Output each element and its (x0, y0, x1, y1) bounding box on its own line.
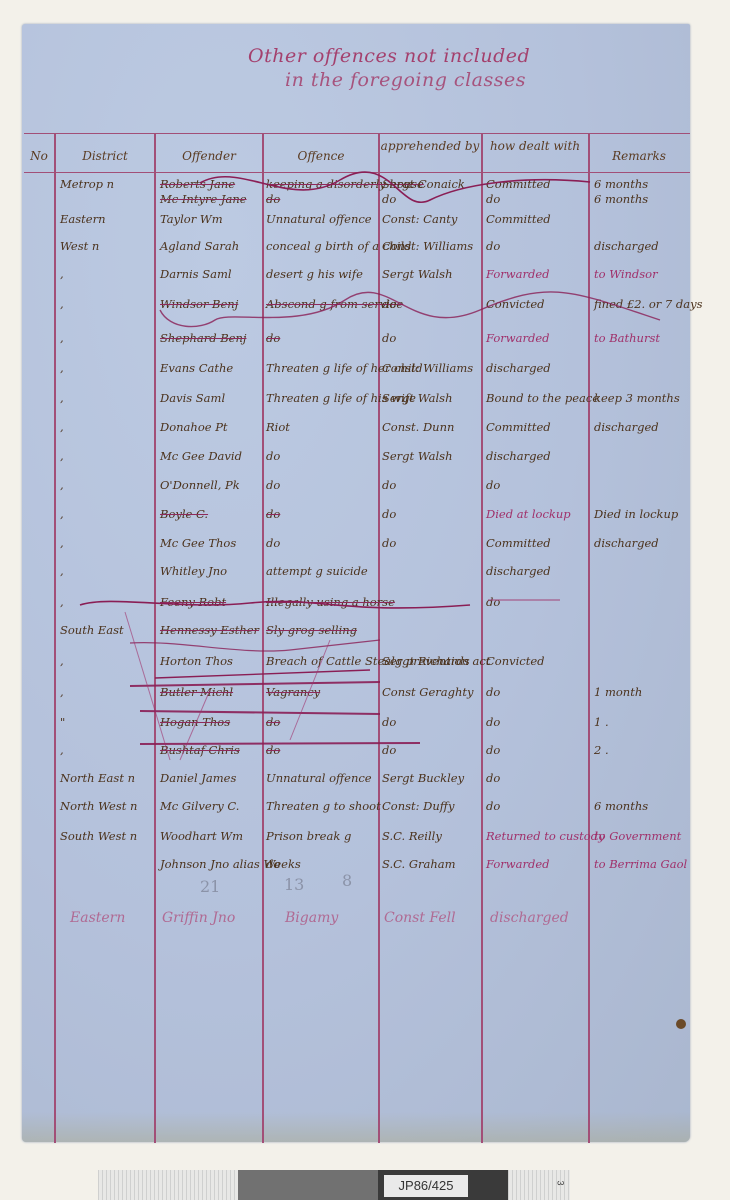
page-title: Other offences not included in the foreg… (240, 44, 640, 92)
cell-dealt-with: Committed (486, 537, 551, 550)
cell-remarks: to Windsor (594, 268, 658, 281)
cell-apprehended-by: Sergt Walsh (382, 268, 452, 281)
cell-apprehended-by: do (382, 193, 396, 206)
cell-dealt-with: Committed (486, 178, 551, 191)
cell-district: , (60, 421, 64, 434)
cell-remarks: keep 3 months (594, 392, 680, 405)
cell-offence: do (266, 508, 280, 521)
cell-district: , (60, 537, 64, 550)
scale-mark: 3 (556, 1180, 566, 1185)
cell-apprehended-by: do (382, 744, 396, 757)
pencil-total: 8 (342, 874, 352, 887)
header-apprehended-by: apprehended by (380, 140, 480, 152)
cell-offence: do (266, 744, 280, 757)
cell-remarks: 1 . (594, 716, 609, 729)
cell-dealt-with: Convicted (486, 298, 545, 311)
cell-offender: Mc Gee Thos (160, 537, 236, 550)
cell-offender: Woodhart Wm (160, 830, 243, 843)
cell-offender: Darnis Saml (160, 268, 232, 281)
cell-offender: Daniel James (160, 772, 236, 785)
cell-district: , (60, 450, 64, 463)
cell-district: Eastern (60, 213, 105, 226)
rule-header-bottom (24, 172, 690, 173)
column-divider (154, 133, 156, 1143)
cell-district: , (60, 332, 64, 345)
cell-offence: do (266, 537, 280, 550)
cell-apprehended-by: do (382, 537, 396, 550)
cell-district: , (60, 268, 64, 281)
cell-district: , (60, 596, 64, 609)
cell-offence: Unnatural offence (266, 213, 372, 226)
cell-offence: do (266, 450, 280, 463)
cell-offender: Agland Sarah (160, 240, 239, 253)
column-divider (588, 133, 590, 1143)
cell-district: North East n (60, 772, 135, 785)
cell-apprehended-by: do (382, 332, 396, 345)
cell-dealt-with: Died at lockup (486, 508, 571, 521)
faded-district: Eastern (70, 912, 125, 925)
cell-dealt-with: Committed (486, 213, 551, 226)
cell-offender: Taylor Wm (160, 213, 223, 226)
cell-offender: Evans Cathe (160, 362, 233, 375)
cell-remarks: 6 months (594, 193, 648, 206)
cell-remarks: discharged (594, 240, 659, 253)
cell-dealt-with: do (486, 596, 500, 609)
cell-district: , (60, 744, 64, 757)
cell-apprehended-by: Const: Duffy (382, 800, 454, 813)
cell-apprehended-by: Sergt Walsh (382, 392, 452, 405)
faded-offender: Griffin Jno (162, 912, 235, 925)
cell-offence: Prison break g (266, 830, 351, 843)
cell-dealt-with: do (486, 772, 500, 785)
cell-offender: Boyle C. (160, 508, 208, 521)
cell-remarks: to Berrima Gaol (594, 858, 687, 871)
title-line-2: in the foregoing classes (240, 68, 640, 92)
pencil-total: 13 (284, 878, 304, 891)
archive-scale-bar: JP86/425 3 (98, 1170, 570, 1200)
manuscript-page (22, 24, 690, 1142)
cell-dealt-with: do (486, 716, 500, 729)
cell-apprehended-by: do (382, 479, 396, 492)
cell-offender: Butler Michl (160, 686, 233, 699)
cell-dealt-with: do (486, 744, 500, 757)
cell-apprehended-by: Sergt Richards (382, 655, 470, 668)
cell-dealt-with: do (486, 193, 500, 206)
header-how-dealt-with: how dealt with (483, 140, 587, 152)
cell-offence: do (266, 479, 280, 492)
cell-district: South East (60, 624, 124, 637)
cell-offender: Shephard Benj (160, 332, 246, 345)
cell-remarks: discharged (594, 421, 659, 434)
cell-offender: O'Donnell, Pk (160, 479, 240, 492)
cell-apprehended-by: Sergt Walsh (382, 450, 452, 463)
cell-dealt-with: Bound to the peace (486, 392, 599, 405)
cell-dealt-with: Forwarded (486, 268, 550, 281)
cell-offence: Unnatural offence (266, 772, 372, 785)
cell-district: North West n (60, 800, 137, 813)
scale-grey-block (238, 1170, 378, 1200)
cell-apprehended-by: Const: Canty (382, 213, 457, 226)
cell-offence: attempt g suicide (266, 565, 368, 578)
header-remarks: Remarks (590, 150, 688, 162)
column-divider (481, 133, 483, 1143)
cell-offence: desert g his wife (266, 268, 363, 281)
cell-dealt-with: Forwarded (486, 332, 550, 345)
column-divider (262, 133, 264, 1143)
page-edge-stain (22, 1112, 690, 1142)
cell-dealt-with: do (486, 800, 500, 813)
cell-offender: Donahoe Pt (160, 421, 228, 434)
cell-offender: Bushtaf Chris (160, 744, 240, 757)
cell-dealt-with: do (486, 240, 500, 253)
header-offender: Offender (156, 150, 262, 162)
cell-district: , (60, 392, 64, 405)
cell-district: Metrop n (60, 178, 114, 191)
faded-offence: Bigamy (285, 912, 338, 925)
cell-offender: Mc Intyre Jane (160, 193, 247, 206)
cell-district: , (60, 298, 64, 311)
cell-offence: do (266, 858, 280, 871)
cell-dealt-with: Forwarded (486, 858, 550, 871)
cell-offence: do (266, 193, 280, 206)
cell-district: " (60, 716, 65, 729)
cell-offender: Hennessy Esther (160, 624, 259, 637)
cell-apprehended-by: Const: Williams (382, 240, 473, 253)
cell-remarks: 2 . (594, 744, 609, 757)
cell-apprehended-by: Sergt Conaick (382, 178, 465, 191)
cell-apprehended-by: do (382, 508, 396, 521)
ink-spot (676, 1019, 686, 1029)
cell-remarks: to Bathurst (594, 332, 660, 345)
cell-apprehended-by: Const: Williams (382, 362, 473, 375)
cell-offender: Whitley Jno (160, 565, 227, 578)
title-line-1: Other offences not included (240, 44, 640, 68)
scale-ticks (98, 1170, 238, 1200)
cell-remarks: fined £2. or 7 days (594, 298, 703, 311)
cell-apprehended-by: Const Geraghty (382, 686, 474, 699)
pencil-total: 21 (200, 880, 220, 893)
rule-top (24, 133, 690, 134)
cell-offender: Windsor Benj (160, 298, 238, 311)
cell-dealt-with: discharged (486, 450, 551, 463)
header-district: District (56, 150, 154, 162)
cell-dealt-with: Returned to custody (486, 830, 605, 843)
cell-apprehended-by: do (382, 716, 396, 729)
cell-dealt-with: Committed (486, 421, 551, 434)
cell-offence: Threaten g to shoot (266, 800, 381, 813)
cell-offender: Feeny Robt (160, 596, 226, 609)
cell-dealt-with: discharged (486, 362, 551, 375)
cell-dealt-with: do (486, 479, 500, 492)
cell-offender: Mc Gee David (160, 450, 242, 463)
faded-dealt-with: discharged (490, 912, 569, 925)
header-no: No (24, 150, 54, 162)
column-divider (378, 133, 380, 1143)
cell-remarks: discharged (594, 537, 659, 550)
cell-district: South West n (60, 830, 137, 843)
cell-apprehended-by: S.C. Reilly (382, 830, 442, 843)
cell-dealt-with: Convicted (486, 655, 545, 668)
cell-remarks: 1 month (594, 686, 642, 699)
cell-offence: Riot (266, 421, 290, 434)
cell-district: West n (60, 240, 99, 253)
header-offence: Offence (264, 150, 378, 162)
column-divider (54, 133, 56, 1143)
cell-offender: Hogan Thos (160, 716, 230, 729)
cell-dealt-with: discharged (486, 565, 551, 578)
cell-apprehended-by: do (382, 298, 396, 311)
archive-reference: JP86/425 (384, 1175, 468, 1197)
cell-offence: Vagrancy (266, 686, 320, 699)
cell-remarks: 6 months (594, 800, 648, 813)
cell-district: , (60, 655, 64, 668)
cell-offender: Horton Thos (160, 655, 233, 668)
cell-offence: Illegally using a horse (266, 596, 395, 609)
cell-offender: Roberts Jane (160, 178, 235, 191)
cell-offence: do (266, 332, 280, 345)
cell-district: , (60, 508, 64, 521)
cell-offence: do (266, 716, 280, 729)
cell-district: , (60, 362, 64, 375)
cell-district: , (60, 479, 64, 492)
cell-remarks: Died in lockup (594, 508, 678, 521)
cell-apprehended-by: Const. Dunn (382, 421, 454, 434)
cell-district: , (60, 686, 64, 699)
faded-apprehended-by: Const Fell (384, 912, 456, 925)
cell-remarks: 6 months (594, 178, 648, 191)
cell-district: , (60, 565, 64, 578)
cell-apprehended-by: S.C. Graham (382, 858, 456, 871)
cell-offender: Mc Gilvery C. (160, 800, 239, 813)
cell-dealt-with: do (486, 686, 500, 699)
cell-offender: Davis Saml (160, 392, 225, 405)
cell-remarks: to Government (594, 830, 681, 843)
cell-apprehended-by: Sergt Buckley (382, 772, 464, 785)
cell-offence: Sly grog selling (266, 624, 357, 637)
